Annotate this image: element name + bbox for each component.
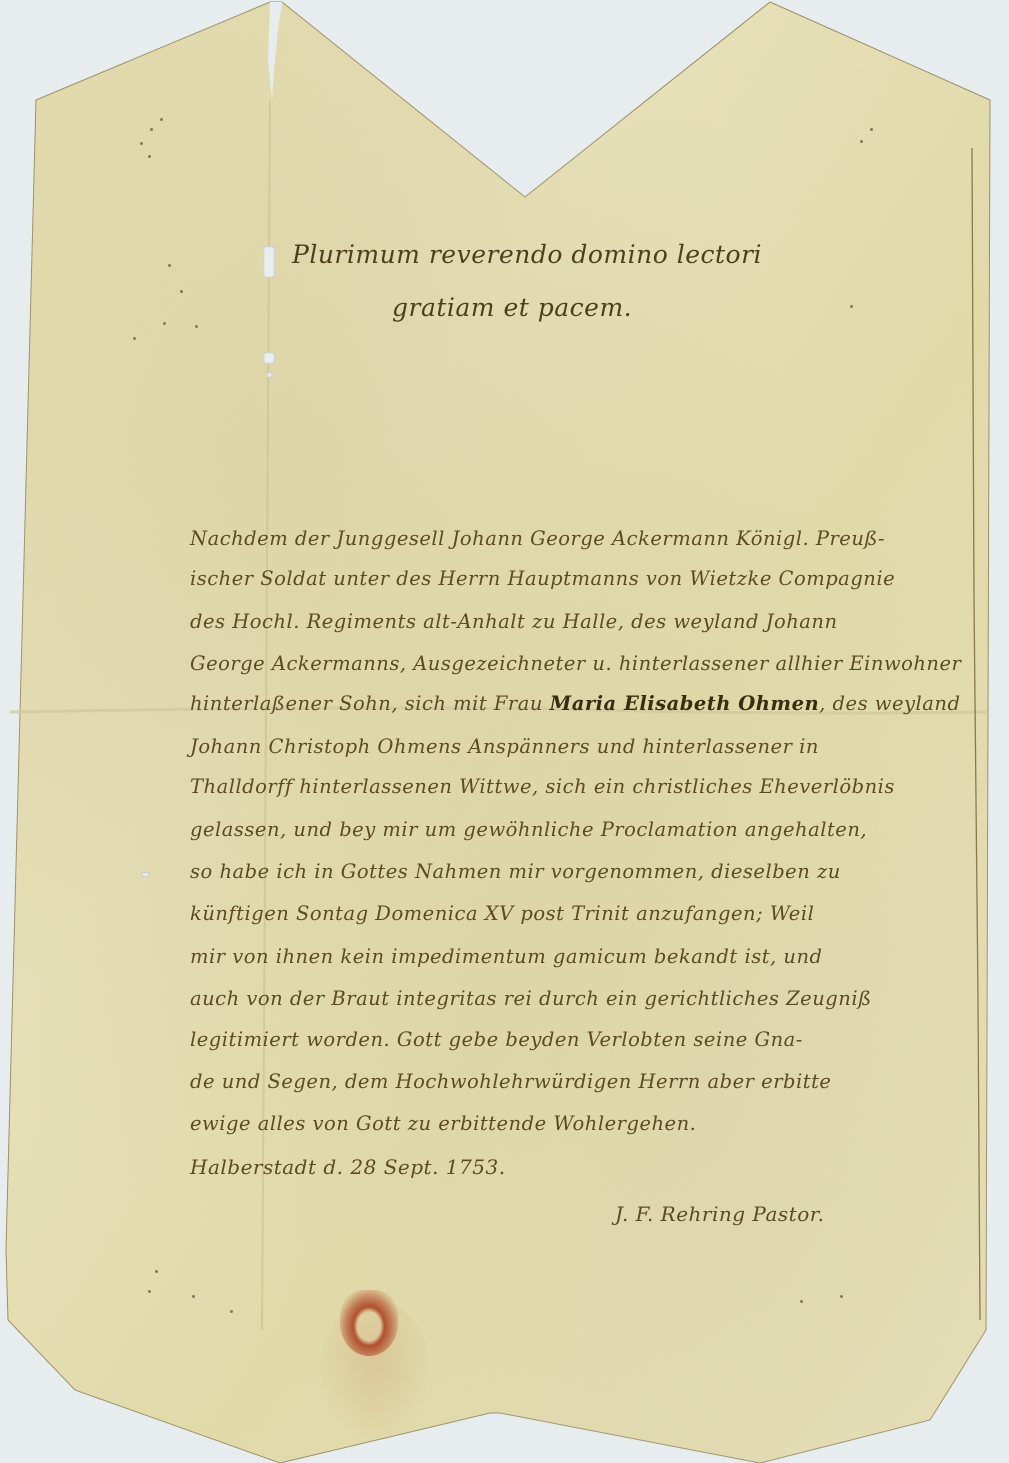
pinprick	[160, 118, 163, 121]
punched-hole	[266, 372, 273, 378]
pinprick	[800, 1300, 803, 1303]
pinprick	[180, 290, 183, 293]
body-line: Johann Christoph Ohmens Anspänners und h…	[190, 735, 819, 759]
red-wax-seal	[340, 1290, 398, 1356]
body-line: mir von ihnen kein impedimentum gamicum …	[190, 945, 823, 969]
pinprick	[860, 140, 863, 143]
body-line: gelassen, und bey mir um gewöhnliche Pro…	[190, 818, 867, 842]
pinprick	[150, 128, 153, 131]
salutation-line-2: gratiam et pacem.	[392, 293, 632, 322]
punched-hole	[263, 352, 275, 364]
body-line: auch von der Braut integritas rei durch …	[190, 987, 872, 1011]
date-line: Halberstadt d. 28 Sept. 1753.	[190, 1155, 506, 1179]
body-line: de und Segen, dem Hochwohlehrwürdigen He…	[190, 1070, 831, 1094]
body-text: hinterlaßener Sohn, sich mit Frau	[190, 692, 550, 715]
pinprick	[148, 155, 151, 158]
pinprick	[230, 1310, 233, 1313]
body-line: Nachdem der Junggesell Johann George Ack…	[190, 527, 885, 551]
body-line: so habe ich in Gottes Nahmen mir vorgeno…	[190, 860, 841, 884]
pinprick	[195, 325, 198, 328]
pinprick	[192, 1295, 195, 1298]
body-line: des Hochl. Regiments alt-Anhalt zu Halle…	[190, 610, 838, 634]
paper-sheet	[0, 0, 1009, 1463]
bride-name: Maria Elisabeth Ohmen	[550, 692, 820, 715]
punched-hole	[263, 246, 275, 278]
body-line: George Ackermanns, Ausgezeichneter u. hi…	[190, 652, 961, 676]
body-line: legitimiert worden. Gott gebe beyden Ver…	[190, 1028, 803, 1052]
pinprick	[148, 1290, 151, 1293]
pinprick	[850, 305, 853, 308]
pinprick	[870, 128, 873, 131]
pinprick	[168, 264, 171, 267]
salutation-line-1: Plurimum reverendo domino lectori	[292, 240, 762, 269]
body-line: ischer Soldat unter des Herrn Hauptmanns…	[190, 567, 895, 591]
body-line-with-name: hinterlaßener Sohn, sich mit Frau Maria …	[190, 692, 960, 716]
punched-hole	[141, 872, 150, 877]
pinprick	[140, 142, 143, 145]
signature: J. F. Rehring Pastor.	[615, 1202, 824, 1226]
body-line: ewige alles von Gott zu erbittende Wohle…	[190, 1112, 696, 1136]
body-line: Thalldorff hinterlassenen Wittwe, sich e…	[190, 775, 895, 799]
body-text: , des weyland	[819, 692, 960, 715]
pinprick	[163, 322, 166, 325]
pinprick	[840, 1295, 843, 1298]
body-line: künftigen Sontag Domenica XV post Trinit…	[190, 902, 814, 926]
scanned-letter: Plurimum reverendo domino lectori gratia…	[0, 0, 1009, 1463]
pinprick	[133, 337, 136, 340]
pinprick	[155, 1270, 158, 1273]
